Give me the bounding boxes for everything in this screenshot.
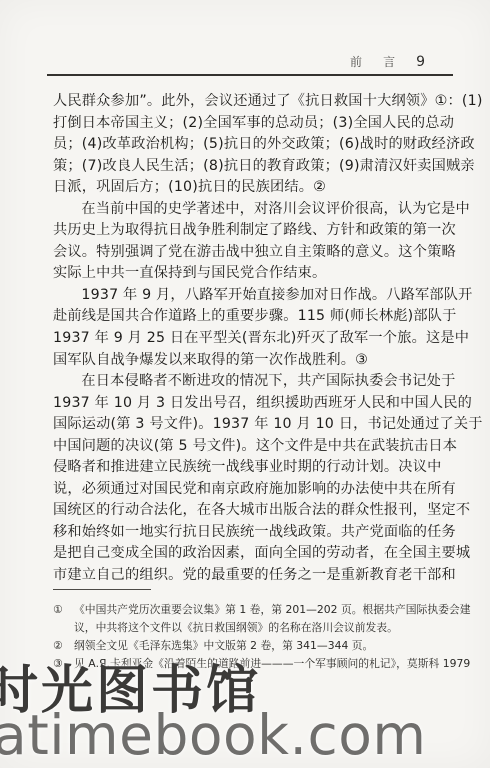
- running-head: 前 言 9: [350, 53, 426, 70]
- running-head-char: 言: [383, 53, 396, 70]
- text-line: 共历史上为取得抗日战争胜利制定了路线、方针和政策的第一次: [53, 220, 455, 242]
- text-line: 人民群众参加”。此外，会议还通过了《抗日救国十大纲领》①：(1): [53, 91, 455, 113]
- text-line: 国际运动(第 3 号文件)。1937 年 10 月 10 日，书记处通过了关于: [53, 414, 455, 436]
- paragraph: 人民群众参加”。此外，会议还通过了《抗日救国十大纲领》①：(1) 打倒日本帝国主…: [53, 91, 455, 199]
- text-line: 国统区的行动合法化，在各大城市出版合法的群众性报刊，坚定不: [53, 500, 455, 522]
- text-line: 侵略者和推进建立民族统一战线事业时期的行动计划。决议中: [53, 457, 455, 479]
- text-line: 移和始终如一地实行抗日民族统一战线政策。共产党面临的任务: [53, 522, 455, 544]
- page-number: 9: [416, 54, 426, 70]
- body-text: 人民群众参加”。此外，会议还通过了《抗日救国十大纲领》①：(1) 打倒日本帝国主…: [53, 91, 455, 587]
- text-line: 中国问题的决议(第 5 号文件)。这个文件是中共在武装抗击日本: [53, 436, 455, 458]
- text-line: 日派，巩固后方；(10)抗日的民族团结。②: [53, 177, 455, 199]
- text-line: 打倒日本帝国主义；(2)全国军事的总动员；(3)全国人民的总动: [53, 113, 455, 135]
- text-line: 策；(7)改良人民生活；(8)抗日的教育政策；(9)肃清汉奸卖国贼亲: [53, 156, 455, 178]
- footnote-divider: [53, 589, 151, 590]
- text-line: 在当前中国的史学著述中，对洛川会议评价很高，认为它是中: [53, 199, 455, 221]
- footnote-marker: ①: [53, 601, 67, 636]
- text-line: 员；(4)改革政治机构；(5)抗日的外交政策；(6)战时的财政经济政: [53, 134, 455, 156]
- paragraph: 在当前中国的史学著述中，对洛川会议评价很高，认为它是中 共历史上为取得抗日战争胜…: [53, 199, 455, 285]
- scanned-book-page: 前 言 9 人民群众参加”。此外，会议还通过了《抗日救国十大纲领》①：(1) 打…: [0, 0, 490, 768]
- text-line: 赴前线是国共合作道路上的重要步骤。115 师(师长林彪)部队于: [53, 306, 455, 328]
- watermark-site-text: atimebook.com: [0, 703, 426, 767]
- text-line: 1937 年 9 月，八路军开始直接参加对日作战。八路军部队开: [53, 285, 455, 307]
- header-rule: [47, 74, 453, 76]
- text-line: 实际上中共一直保持到与国民党合作结束。: [53, 263, 455, 285]
- text-line: 在日本侵略者不断进攻的情况下，共产国际执委会书记处于: [53, 371, 455, 393]
- text-line: 说，必须通过对国民党和南京政府施加影响的办法使中共在所有: [53, 479, 455, 501]
- text-line: 是把自己变成全国的政治因素，面向全国的劳动者，在全国主要城: [53, 543, 455, 565]
- paragraph: 在日本侵略者不断进攻的情况下，共产国际执委会书记处于 1937 年 10 月 3…: [53, 371, 455, 586]
- footnote-text: 《中国共产党历次重要会议集》第 1 卷，第 201—202 页。根据共产国际执委…: [74, 601, 471, 636]
- footnote: ① 《中国共产党历次重要会议集》第 1 卷，第 201—202 页。根据共产国际…: [53, 601, 457, 636]
- running-head-char: 前: [350, 53, 363, 70]
- footnote-line: 《中国共产党历次重要会议集》第 1 卷，第 201—202 页。根据共产国际执委…: [74, 601, 471, 619]
- text-line: 会议。特别强调了党在游击战中独立自主策略的意义。这个策略: [53, 242, 455, 264]
- footnote-line: 议，中共将这个文件以《抗日救国纲领》的名称在洛川会议前发表。: [74, 619, 471, 637]
- text-line: 1937 年 10 月 3 日发出号召，组织援助西班牙人民和中国人民的: [53, 393, 455, 415]
- text-line: 国军队自战争爆发以来取得的第一次作战胜利。③: [53, 350, 455, 372]
- text-line: 市建立自己的组织。党的最重要的任务之一是重新教育老干部和: [53, 565, 455, 587]
- text-line: 1937 年 9 月 25 日在平型关(晋东北)歼灭了敌军一个旅。这是中: [53, 328, 455, 350]
- paragraph: 1937 年 9 月，八路军开始直接参加对日作战。八路军部队开 赴前线是国共合作…: [53, 285, 455, 371]
